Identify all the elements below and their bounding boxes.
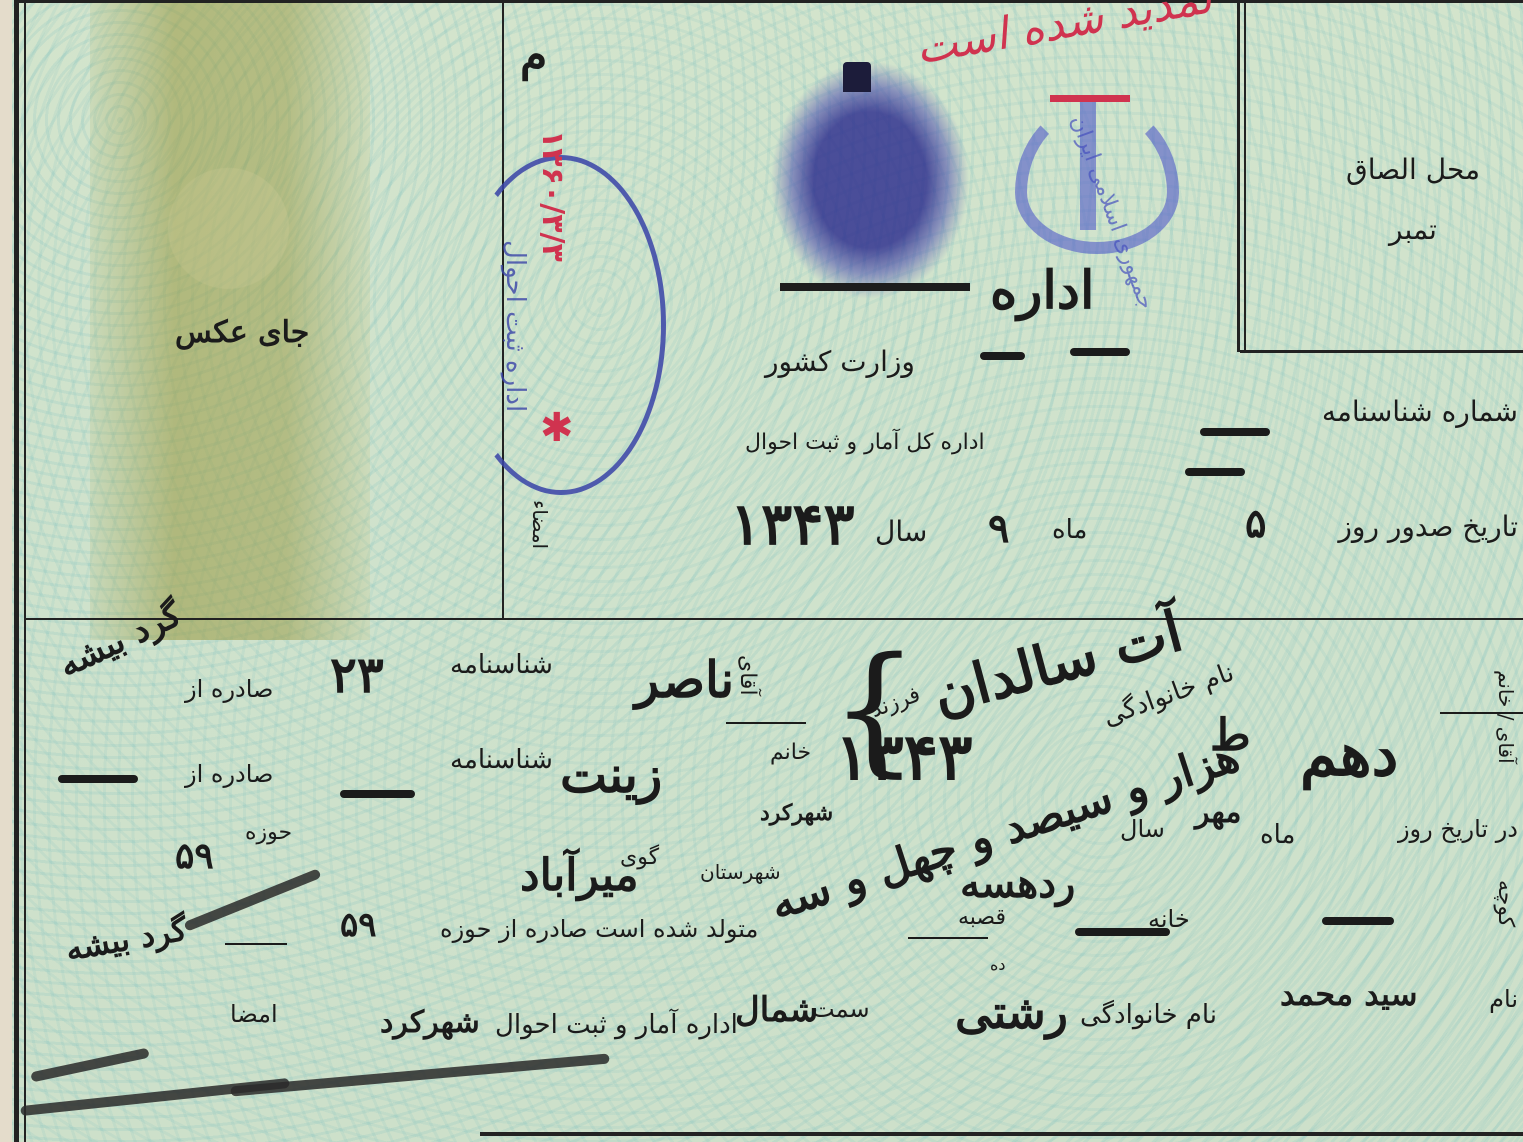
father-name: ناصر [635, 650, 734, 709]
town-label: قصبه [958, 905, 1006, 930]
town-divider [908, 937, 988, 939]
house-blank [1075, 928, 1170, 936]
brace-mark: { [830, 640, 919, 780]
frame-bottom-border [480, 1132, 1523, 1136]
issue-year: ۱۳۴۳ [730, 490, 855, 558]
mother-id-label: شناسنامه [450, 745, 553, 775]
photo-area-label: جای عکس [175, 315, 309, 350]
lion-and-sun-emblem-icon [770, 60, 970, 300]
blank-dash [980, 352, 1025, 360]
round-stamp-date: ۱۳۶۰/۳/۳ [535, 130, 570, 262]
village-divider [225, 943, 287, 945]
stamp-area-label: محل الصاق تمبر [1343, 140, 1483, 260]
birth-month-label: ماه [1260, 820, 1295, 850]
child-family-name: رشتی [955, 985, 1068, 1039]
frame-left-border [14, 0, 19, 1142]
star-icon: ✱ [540, 405, 574, 451]
stamp-box-left-border-2 [1244, 0, 1246, 352]
child-family-name-label: نام خانوادگی [1080, 1000, 1217, 1030]
registered-text: متولد شده است صادره از حوزه [440, 915, 758, 943]
id-number-label: شماره شناسنامه [1322, 395, 1518, 428]
father-id: ۲۳ [330, 645, 384, 704]
direction-label: سمت [812, 995, 870, 1023]
office-handwritten: اداره [990, 260, 1094, 321]
paper-left-edge [0, 0, 12, 1142]
issue-month-label: ماه [1052, 515, 1087, 545]
frame-top-border [14, 0, 1523, 3]
birth-month: مهر [1195, 795, 1241, 830]
office-city: شهرکرد [380, 1005, 480, 1040]
frame-left-inner-border [24, 0, 26, 1142]
direction-value: شمال [735, 990, 818, 1030]
city-value: شهرکرد [760, 800, 833, 826]
mrs-label: خانم [770, 740, 811, 765]
dehestan-value: میرآباد [520, 850, 639, 901]
red-ink-stroke [1050, 95, 1130, 102]
id-number-blank-2 [1185, 468, 1245, 476]
stamp-box-left-border [1237, 0, 1240, 352]
alley-label: کوچه [1493, 880, 1518, 927]
hozeh-label: حوزه [245, 820, 292, 845]
department-title: اداره کل آمار و ثبت احوال [745, 430, 985, 455]
village-label-small: ده [990, 955, 1006, 974]
hozeh-value: ۵۹ [175, 835, 214, 877]
mother-name: زینت [560, 745, 662, 804]
name-label: نام [1489, 985, 1518, 1013]
birth-year-label: سال [1120, 815, 1165, 843]
signature-label: امضاء [528, 500, 552, 549]
crown-icon [843, 62, 871, 92]
mr-label-divider [726, 722, 806, 724]
name-value: سید محمد [1280, 975, 1418, 1013]
mother-issued-from-label: صادره از [185, 760, 273, 788]
birth-day: دهم [1300, 720, 1398, 790]
issue-day: ۵ [1245, 500, 1266, 547]
stamp-box-bottom-border [1240, 350, 1523, 353]
issue-month: ۹ [988, 505, 1009, 552]
id-number-blank [1200, 428, 1270, 436]
letter-mark: ط [1210, 710, 1251, 761]
round-stamp-text: اداره ثبت احوال [500, 240, 530, 412]
father-issued-from-label: صادره از [185, 675, 273, 703]
mother-id-blank [340, 790, 415, 798]
mother-issued-from-blank [58, 775, 138, 783]
mr-mrs-label: آقای / خانم [1494, 670, 1518, 764]
alley-blank [1322, 917, 1394, 925]
header-divider [26, 618, 1523, 620]
signature-label-bottom: امضا [230, 1000, 278, 1028]
father-id-label: شناسنامه [450, 650, 553, 680]
office-text: اداره آمار و ثبت احوال [495, 1010, 738, 1040]
issue-year-label: سال [875, 515, 927, 548]
birth-date-label: در تاریخ روز [1398, 815, 1518, 843]
mr-label: آقای [735, 655, 760, 696]
district-label: شهرستان [700, 860, 781, 884]
top-mark: م [520, 30, 547, 81]
ministry-title: وزارت کشور [765, 345, 915, 378]
registered-hozeh-number: ۵۹ [340, 905, 377, 945]
issue-date-label: تاریخ صدور روز [1338, 510, 1518, 543]
blank-dash [1070, 348, 1130, 356]
registration-number: ردهسه [960, 860, 1075, 907]
mr-mrs-divider [1440, 712, 1523, 714]
emblem-base-line [780, 283, 970, 291]
